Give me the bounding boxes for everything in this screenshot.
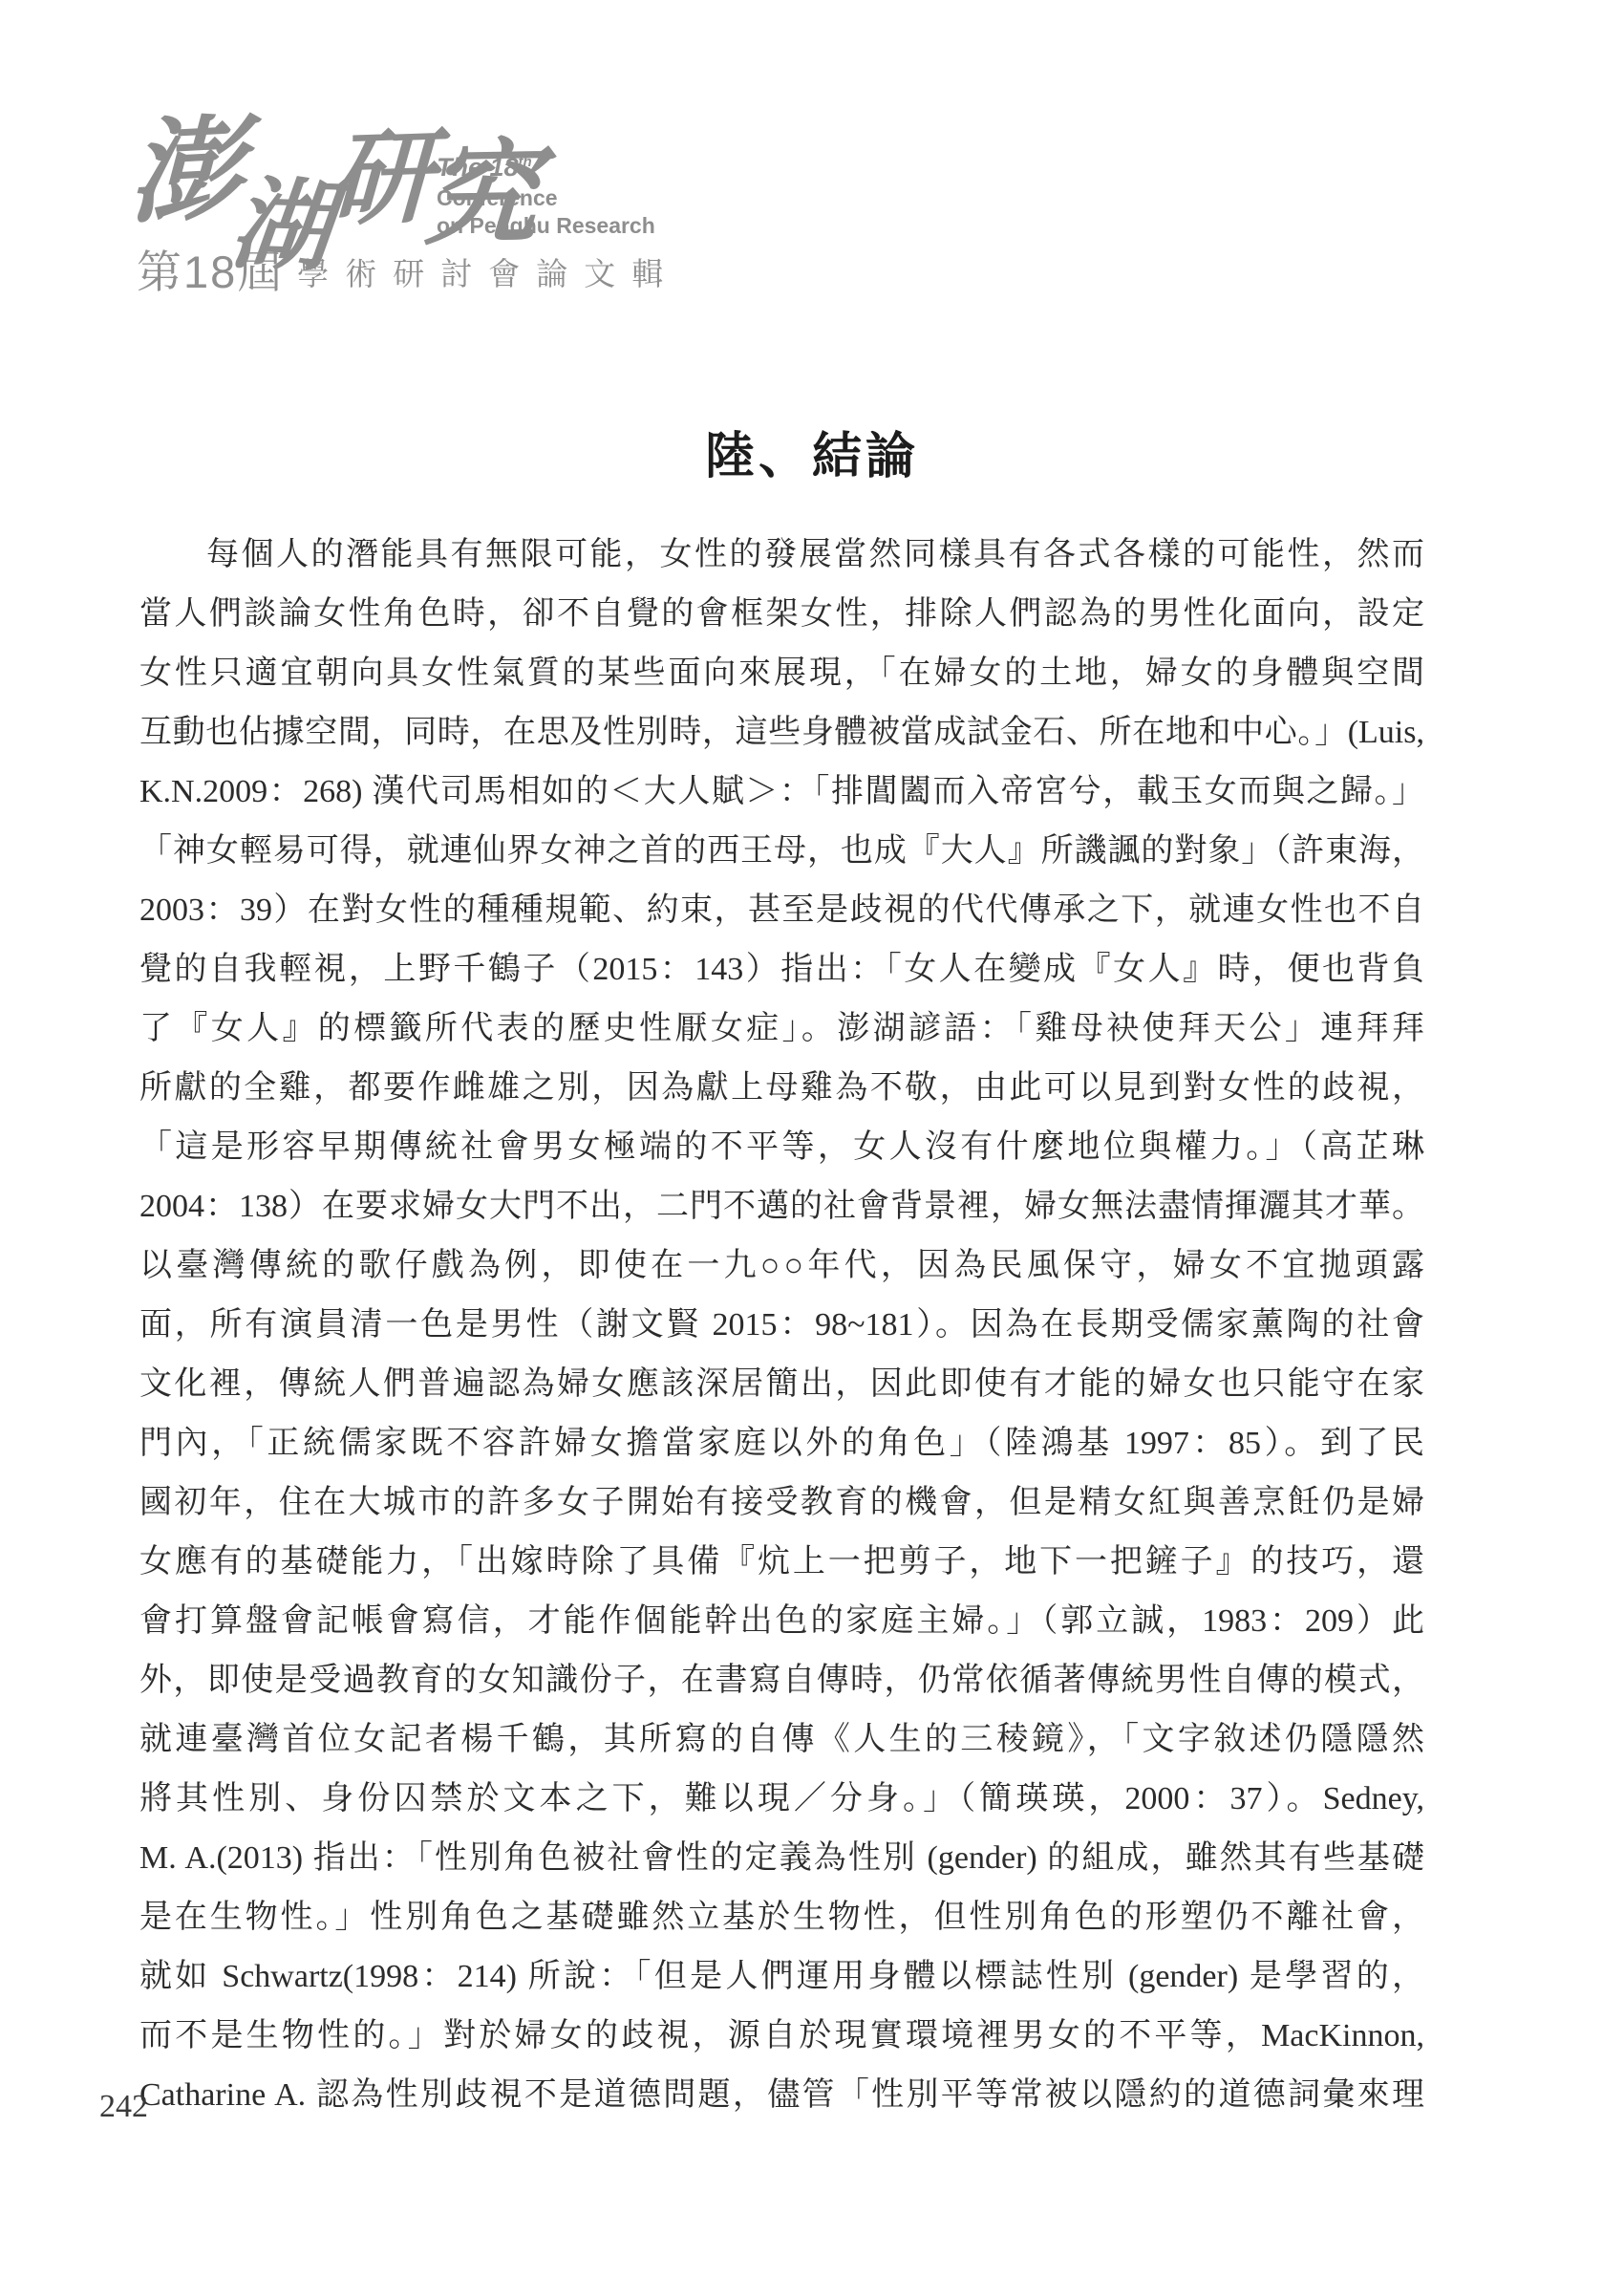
paragraph-line: 外，即使是受過教育的女知識份子，在書寫自傳時，仍常依循著傳統男性自傳的模式， xyxy=(139,1651,1424,1710)
page-number: 242 xyxy=(99,2089,148,2125)
section-title-conclusion: 陸、結論 xyxy=(0,416,1624,487)
paragraph-line: 是在生物性。」性別角色之基礎雖然立基於生物性，但性別角色的形塑仍不離社會， xyxy=(139,1888,1424,1947)
logo-subtitle-proceedings: 學術研討會論文輯 xyxy=(297,256,679,291)
paragraph-line: 2004：138）在要求婦女大門不出，二門不邁的社會背景裡，婦女無法盡情揮灑其才… xyxy=(139,1177,1424,1236)
paragraph-line: 以臺灣傳統的歌仔戲為例，即使在一九○○年代，因為民風保守，婦女不宜拋頭露 xyxy=(139,1236,1424,1296)
paragraph-line: 就如 Schwartz(1998：214) 所說：「但是人們運用身體以標誌性別 … xyxy=(139,1947,1424,2007)
conference-logo: 澎湖研究 The 18th Conference on Penghu Resea… xyxy=(129,76,798,296)
paragraph-line: 門內，「正統儒家既不容許婦女擔當家庭以外的角色」（陸鴻基 1997：85）。到了… xyxy=(139,1414,1424,1473)
paragraph-line: 覺的自我輕視，上野千鶴子（2015：143）指出：「女人在變成『女人』時，便也背… xyxy=(139,940,1424,999)
paragraph-line: 而不是生物性的。」對於婦女的歧視，源自於現實環境裡男女的不平等，MacKinno… xyxy=(139,2007,1424,2066)
paragraph-line: 國初年，住在大城市的許多女子開始有接受教育的機會，但是精女紅與善烹飪仍是婦 xyxy=(139,1473,1424,1533)
paragraph-line: Catharine A. 認為性別歧視不是道德問題，儘管「性別平等常被以隱約的道… xyxy=(139,2066,1424,2125)
paragraph-line: 「神女輕易可得，就連仙界女神之首的西王母，也成『大人』所譏諷的對象」（許東海， xyxy=(139,822,1424,881)
paragraph-line: 女應有的基礎能力，「出嫁時除了具備『炕上一把剪子，地下一把鏟子』的技巧，還 xyxy=(139,1533,1424,1592)
paragraph-line: 會打算盤會記帳會寫信，才能作個能幹出色的家庭主婦。」（郭立誠，1983：209）… xyxy=(139,1592,1424,1651)
logo-english-text: The 18th Conference on Penghu Research xyxy=(437,151,655,240)
paragraph-line: 2003：39）在對女性的種種規範、約束，甚至是歧視的代代傳承之下，就連女性也不… xyxy=(139,881,1424,940)
paragraph-line: 面，所有演員清一色是男性（謝文賢 2015：98~181）。因為在長期受儒家薰陶… xyxy=(139,1296,1424,1355)
paragraph-line: 所獻的全雞，都要作雌雄之別，因為獻上母雞為不敬，由此可以見到對女性的歧視， xyxy=(139,1059,1424,1118)
paragraph-line: 就連臺灣首位女記者楊千鶴，其所寫的自傳《人生的三稜鏡》，「文字敘述仍隱隱然 xyxy=(139,1710,1424,1770)
logo-chinese-subtitle: 第18屆學術研討會論文輯 xyxy=(137,237,679,301)
logo-subtitle-edition: 第18屆 xyxy=(137,247,284,297)
document-page: { "header": { "logo": { "chars": ["澎", "… xyxy=(0,0,1624,2278)
logo-edition-line: The 18th xyxy=(437,151,655,184)
logo-edition-ordinal: th xyxy=(519,154,532,170)
body-paragraph: 每個人的潛能具有無限可能，女性的發展當然同樣具有各式各樣的可能性，然而 當人們談… xyxy=(139,526,1424,2125)
paragraph-line: 每個人的潛能具有無限可能，女性的發展當然同樣具有各式各樣的可能性，然而 xyxy=(139,526,1424,585)
logo-char: 研 xyxy=(327,94,430,245)
paragraph-line: 文化裡，傳統人們普遍認為婦女應該深居簡出，因此即使有才能的婦女也只能守在家 xyxy=(139,1355,1424,1414)
paragraph-line: 當人們談論女性角色時，卻不自覺的會框架女性，排除人們認為的男性化面向，設定 xyxy=(139,585,1424,644)
paragraph-line: 女性只適宜朝向具女性氣質的某些面向來展現，「在婦女的土地，婦女的身體與空間 xyxy=(139,644,1424,703)
paragraph-line: 將其性別、身份囚禁於文本之下，難以現／分身。」（簡瑛瑛，2000：37）。Sed… xyxy=(139,1770,1424,1829)
paragraph-line: 互動也佔據空間，同時，在思及性別時，這些身體被當成試金石、所在地和中心。」(Lu… xyxy=(139,703,1424,763)
logo-research-line: on Penghu Research xyxy=(437,212,655,240)
logo-edition-text: The 18 xyxy=(437,153,519,182)
paragraph-line: 「這是形容早期傳統社會男女極端的不平等，女人沒有什麼地位與權力。」（高芷琳 xyxy=(139,1118,1424,1177)
paragraph-line: 了『女人』的標籤所代表的歷史性厭女症」。澎湖諺語：「雞母袂使拜天公」連拜拜 xyxy=(139,999,1424,1059)
logo-conference-line: Conference xyxy=(437,184,655,212)
paragraph-line: M. A.(2013) 指出：「性別角色被社會性的定義為性別 (gender) … xyxy=(139,1829,1424,1888)
logo-char: 澎 xyxy=(128,77,238,246)
paragraph-line: K.N.2009：268) 漢代司馬相如的＜大人賦＞：「排閶闔而入帝宮兮，載玉女… xyxy=(139,763,1424,822)
